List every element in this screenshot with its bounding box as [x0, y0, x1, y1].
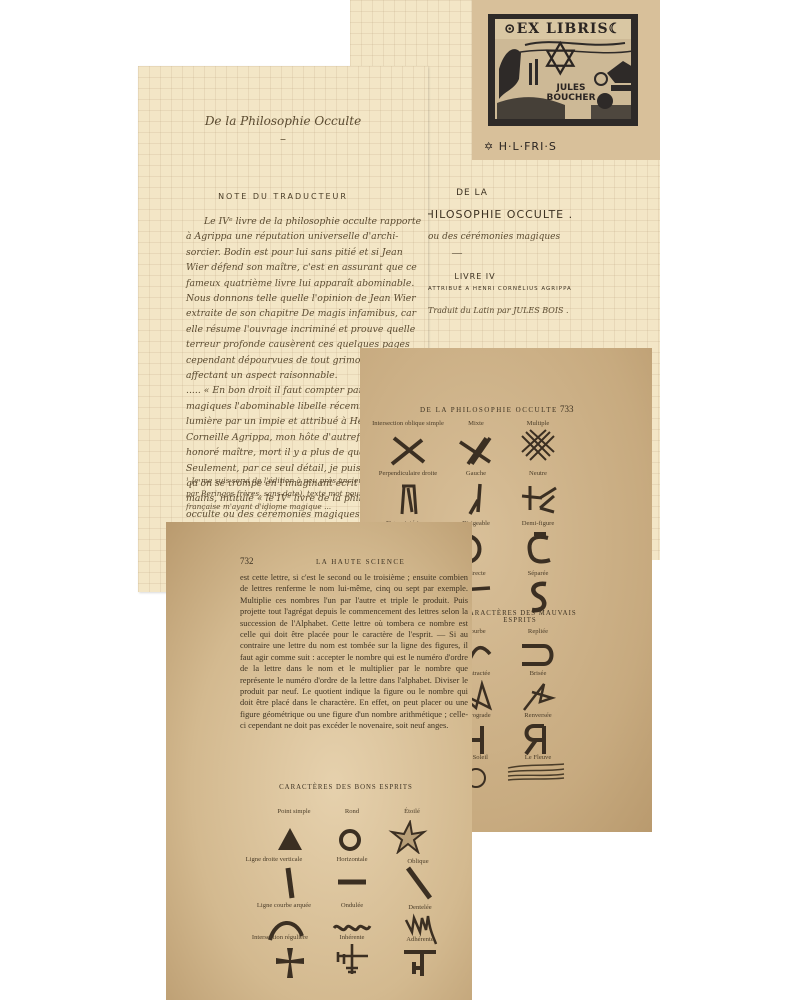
owner-signature: ✡ H·L·FRI·S — [484, 140, 557, 153]
left-stroke-icon — [456, 482, 496, 516]
attribution: ATTRIBUÉ A HENRI CORNÉLIUS AGRIPPA — [428, 286, 660, 292]
running-head: DE LA PHILOSOPHIE OCCULTE — [420, 406, 558, 414]
inherent-cross-icon — [332, 942, 372, 976]
glyph-label: Neutre — [493, 470, 583, 477]
cross-pattee-icon — [270, 946, 310, 980]
glyph-label: Adhérente — [375, 936, 465, 943]
glyph-label: Dentelée — [375, 904, 465, 911]
main-title: PHILOSOPHIE OCCULTE . — [418, 208, 658, 221]
printed-page-732: 732 LA HAUTE SCIENCE est cette lettre, s… — [166, 522, 472, 1000]
bookplate-name: JULESBOUCHER — [541, 83, 601, 103]
note-page-header: De la Philosophie Occulte — [138, 114, 428, 128]
circle-icon — [330, 822, 370, 856]
reversed-r-icon — [518, 722, 558, 756]
multiple-cross-icon — [518, 428, 558, 462]
star-of-david-icon: ✡ — [541, 37, 580, 83]
page-number: 733 — [560, 404, 574, 414]
oblique-line-icon — [398, 866, 438, 900]
page-number: 732 — [240, 556, 254, 566]
broken-star-icon — [518, 680, 558, 714]
c-curve-icon — [518, 532, 558, 566]
title-de-la: DE LA — [432, 188, 512, 198]
glyph-label: Multiple — [493, 420, 583, 427]
right-perpendicular-icon — [388, 482, 428, 516]
s-curve-icon — [518, 580, 558, 614]
subtitle: ou des cérémonies magiques — [428, 232, 658, 242]
bookplate-frame: ⊙EX LIBRIS☾ ✡ JULESBOUCHER — [488, 14, 638, 126]
glyph-label: Repliée — [493, 628, 583, 635]
note-header-separator: – — [138, 132, 428, 146]
glyph-label: Oblique — [373, 858, 463, 865]
bookplate-name-line1: JULES — [556, 83, 585, 93]
body-text: est cette lettre, si c'est le second ou … — [240, 572, 468, 732]
glyph-label: Étoilé — [367, 808, 457, 815]
adherent-t-icon — [400, 944, 440, 978]
vertical-line-icon — [270, 866, 310, 900]
running-head: LA HAUTE SCIENCE — [316, 558, 405, 566]
body-paragraph: est cette lettre, si c'est le second ou … — [240, 572, 468, 732]
star-icon — [388, 820, 428, 854]
glyph-label: Séparée — [493, 570, 583, 577]
note-section-title: NOTE DU TRADUCTEUR — [138, 192, 428, 201]
translator-credit: Traduit du Latin par JULES BOIS . — [428, 306, 658, 315]
title-separator: — — [442, 248, 472, 259]
triangle-point-icon — [270, 822, 310, 856]
neutral-glyph-icon — [518, 482, 558, 516]
glyph-label: Ligne droite verticale — [229, 856, 319, 863]
glyph-label: Demi-figure — [493, 520, 583, 527]
glyph-label: Brisée — [493, 670, 583, 677]
oblique-cross-icon — [388, 434, 428, 468]
ex-libris-bookplate: ⊙EX LIBRIS☾ ✡ JULESBOUCHER ✡ H·L·FRI·S — [472, 0, 660, 160]
glyph-label: Le Fleuve — [493, 754, 583, 761]
glyph-label: Renversée — [493, 712, 583, 719]
book-number: LIVRE IV — [430, 272, 520, 281]
river-icon — [506, 762, 566, 782]
good-spirits-heading: CARACTÈRES DES BONS ESPRITS — [276, 784, 416, 791]
mixed-cross-icon — [456, 434, 496, 468]
bookplate-name-line2: BOUCHER — [546, 93, 595, 103]
horizontal-line-icon — [332, 866, 372, 900]
hook-icon — [518, 638, 558, 672]
